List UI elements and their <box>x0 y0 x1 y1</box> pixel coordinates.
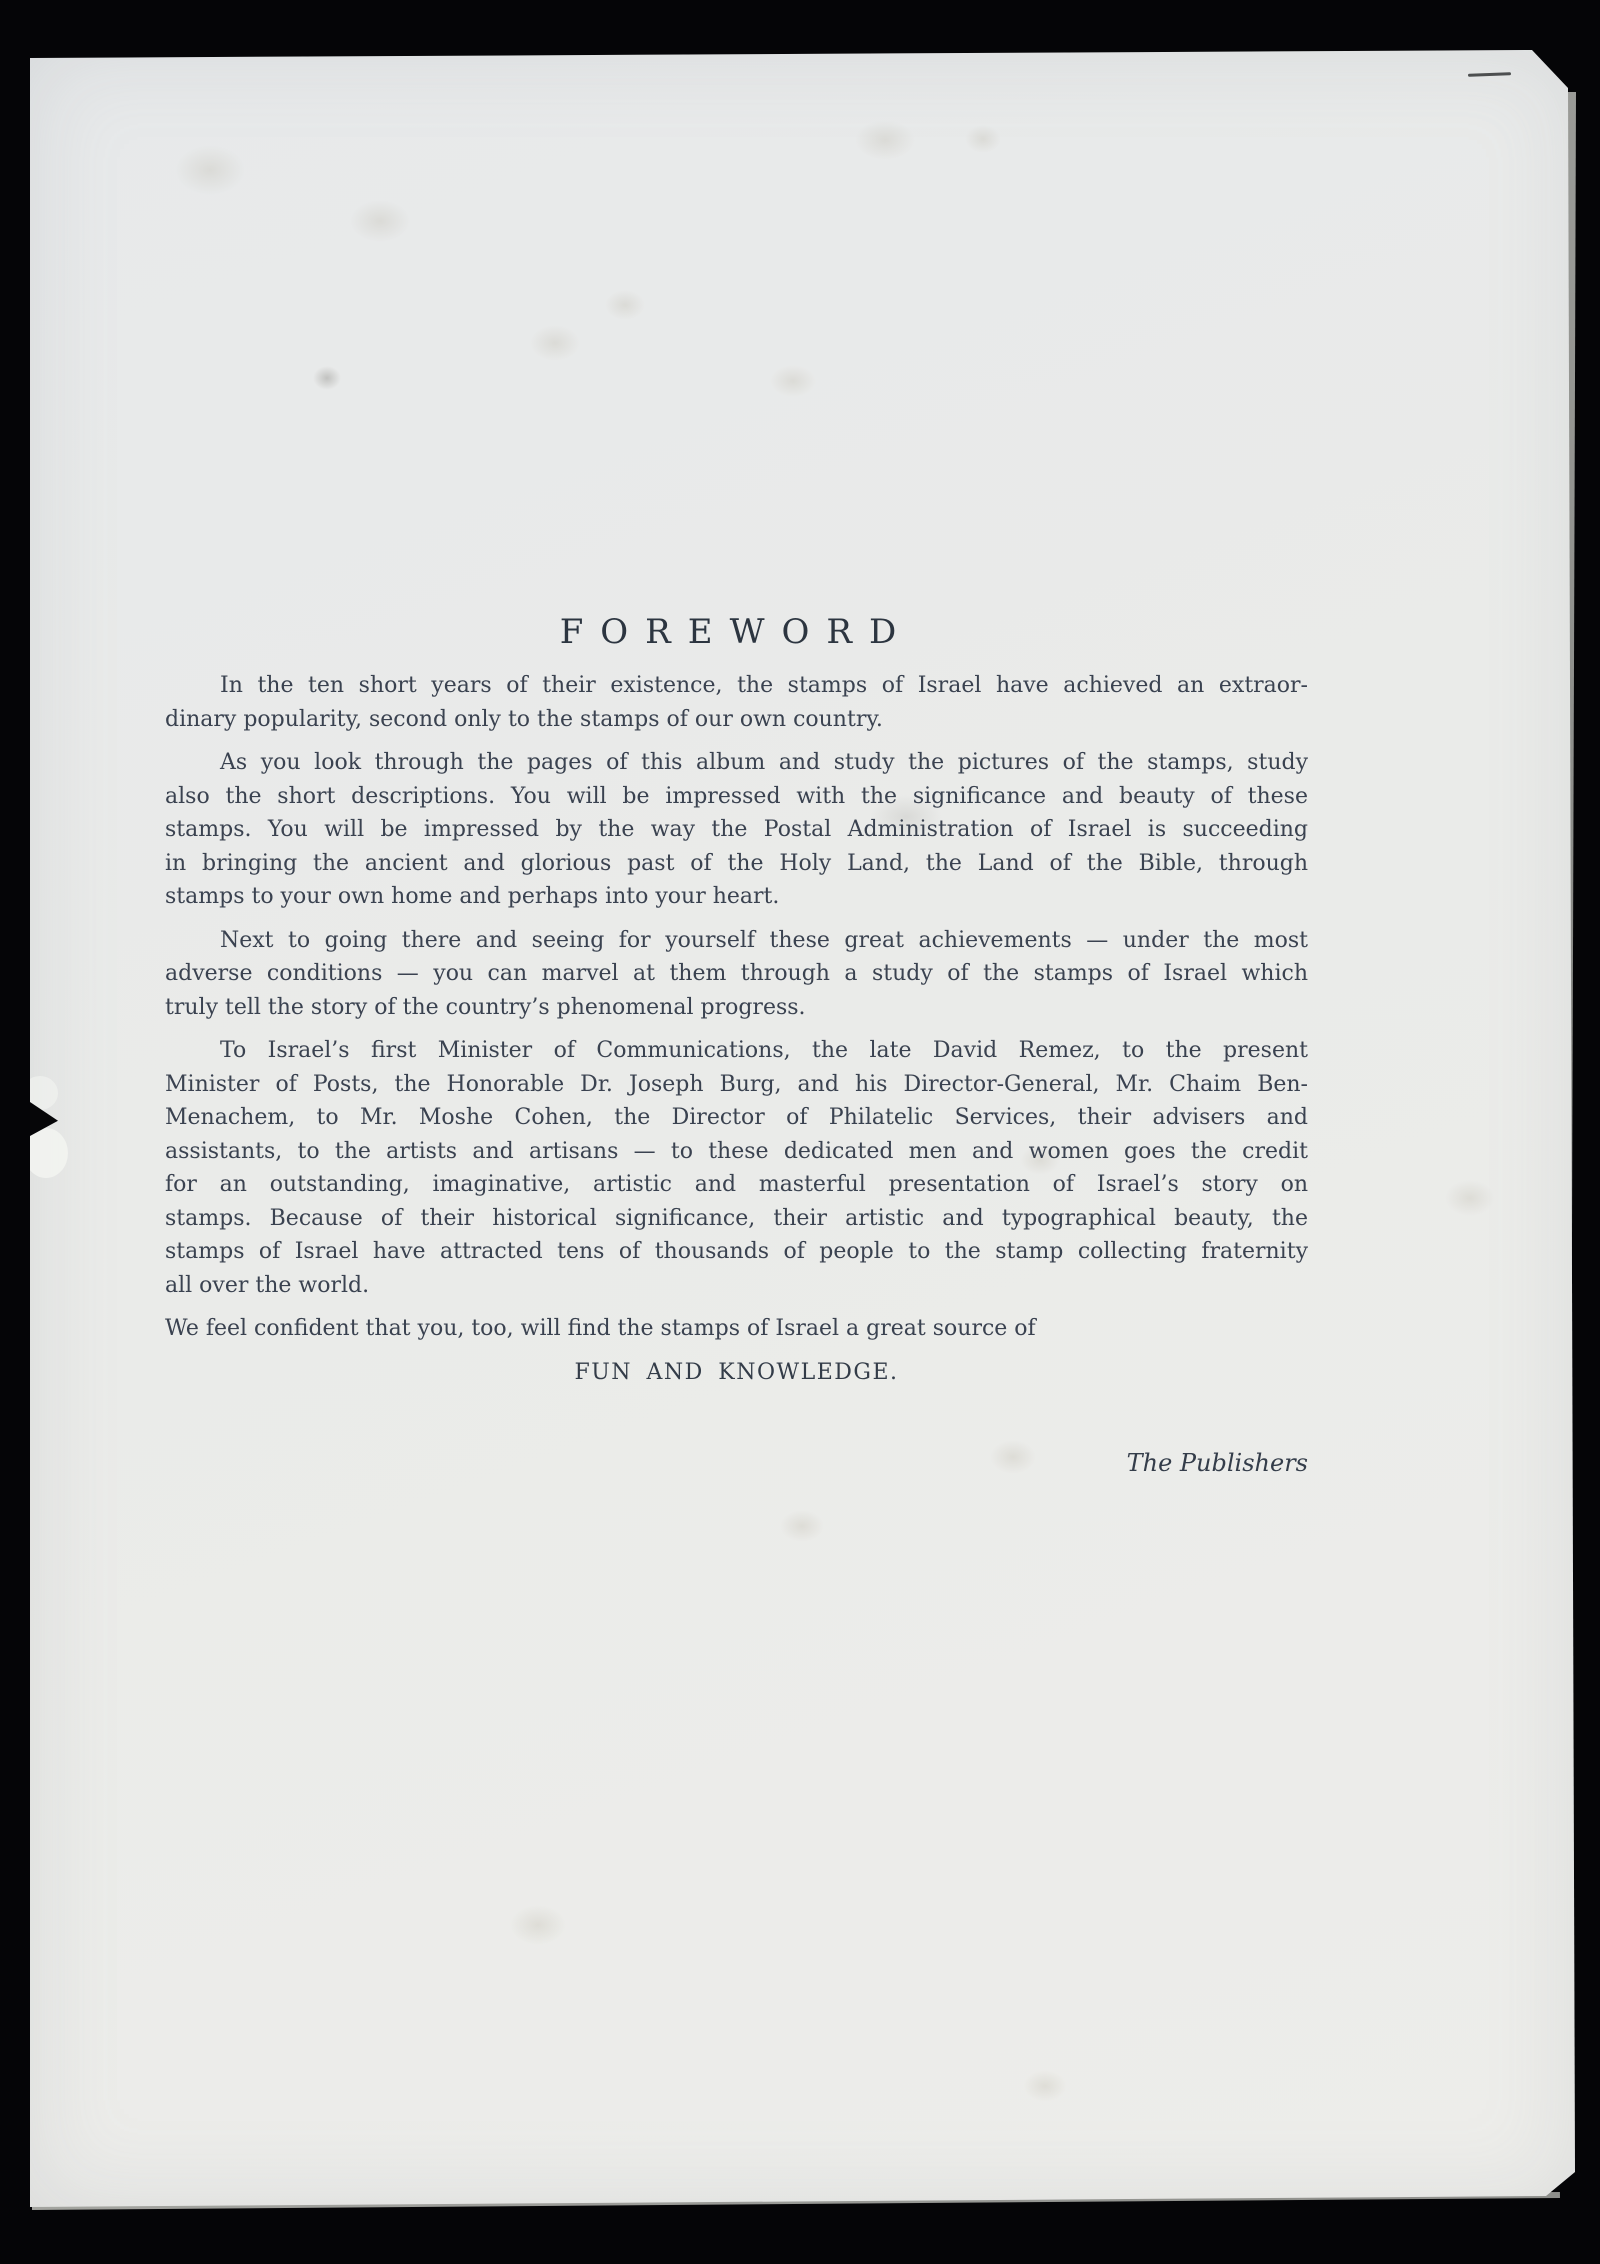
text-line: adverse conditions — you can marvel at t… <box>165 957 1308 991</box>
publishers-signature: The Publishers <box>165 1447 1308 1480</box>
paper-stain <box>965 125 1001 153</box>
paper-stain <box>605 290 645 320</box>
text-line: stamps of Israel have attracted tens of … <box>165 1235 1308 1269</box>
paper-stain <box>510 1905 566 1945</box>
paper-stain <box>350 200 410 242</box>
tear-paper-highlight <box>22 1076 58 1110</box>
text-line: As you look through the pages of this al… <box>165 746 1308 780</box>
text-line: stamps to your own home and perhaps into… <box>165 880 1308 914</box>
album-page: FOREWORD In the ten short years of their… <box>30 50 1576 2208</box>
text-line: dinary popularity, second only to the st… <box>165 703 1308 737</box>
foreword-text-block: FOREWORD In the ten short years of their… <box>165 610 1308 1480</box>
closing-emphasis-line: FUN AND KNOWLEDGE. <box>165 1356 1308 1390</box>
paper-stain <box>855 120 915 160</box>
paper-stain <box>313 366 341 390</box>
paper-stain <box>175 145 245 195</box>
paragraph: Next to going there and seeing for yours… <box>165 924 1308 1025</box>
text-line: Next to going there and seeing for yours… <box>165 924 1308 958</box>
paragraph: In the ten short years of their existenc… <box>165 669 1308 736</box>
paper-stain <box>1023 2070 1067 2102</box>
text-line: Menachem, to Mr. Moshe Cohen, the Direct… <box>165 1101 1308 1135</box>
text-line: for an outstanding, imaginative, artisti… <box>165 1168 1308 1202</box>
pen-dash-mark <box>1468 72 1511 76</box>
text-line: stamps. You will be impressed by the way… <box>165 813 1308 847</box>
paper-stain <box>1445 1180 1495 1216</box>
text-line: also the short descriptions. You will be… <box>165 780 1308 814</box>
page-title: FOREWORD <box>165 610 1308 654</box>
text-line: To Israel’s first Minister of Communicat… <box>165 1034 1308 1068</box>
text-line: We feel confident that you, too, will fi… <box>165 1312 1308 1346</box>
paragraph: We feel confident that you, too, will fi… <box>165 1312 1308 1346</box>
text-line: assistants, to the artists and artisans … <box>165 1135 1308 1169</box>
text-line: all over the world. <box>165 1269 1308 1303</box>
text-line: stamps. Because of their historical sign… <box>165 1202 1308 1236</box>
text-line: truly tell the story of the country’s ph… <box>165 991 1308 1025</box>
paper-stain <box>530 325 580 361</box>
text-line: in bringing the ancient and glorious pas… <box>165 847 1308 881</box>
paragraph: To Israel’s first Minister of Communicat… <box>165 1034 1308 1302</box>
paragraph: As you look through the pages of this al… <box>165 746 1308 914</box>
text-line: In the ten short years of their existenc… <box>165 669 1308 703</box>
scanned-document: FOREWORD In the ten short years of their… <box>0 0 1600 2264</box>
paper-stain <box>770 365 816 397</box>
text-line: Minister of Posts, the Honorable Dr. Jos… <box>165 1068 1308 1102</box>
paper-stain <box>780 1510 824 1542</box>
